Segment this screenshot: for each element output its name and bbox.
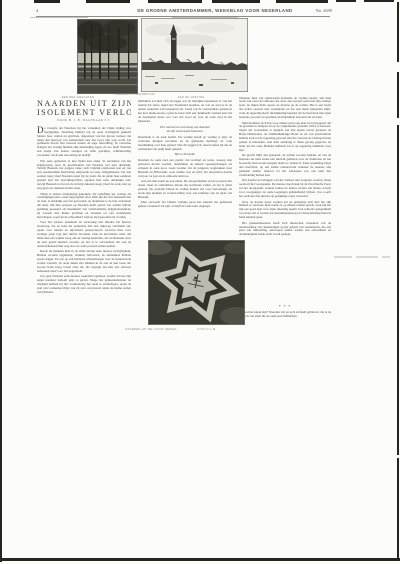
scan-edge-top-dash [364,0,394,2]
column3-closing-text: Wat zal het einde zijn? Naarden vrij en … [239,311,331,319]
column2-rest: Rondom de oude stad een gordel van weila… [138,159,232,209]
article-title-line2: ISOLEMENT VERLOST [37,108,131,117]
scan-edge-top-dash [336,0,356,2]
scan-edge-right [397,2,399,62]
header-rule-artifact [30,17,88,18]
paragraph: Wanneer men van Amsterdam komende de ves… [239,97,331,120]
canal-photo-image [77,19,138,94]
newspaper-scan-page: 4 DE GROENE AMSTERDAMMER, WEEKBLAD VOOR … [0,0,400,564]
aerial-photo-credit: FOTO K.L.M. [188,328,226,331]
winter-town-photo [141,18,248,92]
paragraph: Het gemeentebestuur heeft zich intussche… [239,222,331,238]
bleed-through-line [382,256,390,258]
paragraph: Men herinnert zich hoe voor enkele jaren… [239,122,331,153]
bleed-through-line [334,256,352,258]
scan-edge-right [397,458,399,558]
paragraph: Over de kosten dezer werken zal de gemee… [239,201,331,221]
aerial-photo-caption: NAARDEN UIT DE LUCHT GEZIEN [120,328,182,331]
canal-photo [77,19,138,94]
paragraph: Zoo gaat Naarden eene nieuwe toekomst te… [37,275,131,295]
scan-edge-top-dash [86,0,130,3]
scan-edge-right [397,72,399,118]
issue-number: No. 2699 [298,8,332,13]
paragraph: Daarmede is de zaak beslist. De vesting … [138,136,232,152]
paragraph: Aan dit alles komt nu een einde. De sloo… [138,180,232,200]
article-title-line1: NAARDEN UIT ZIJN [37,99,131,108]
paragraph: Thans is daarin verandering gekomen. De … [37,193,131,220]
aerial-fortress-photo [148,240,245,325]
scan-edge-top-dash [148,0,202,3]
masthead-title: DE GROENE AMSTERDAMMER, WEEKBLAD VOOR NE… [110,8,320,13]
scan-edge-top-dash [34,0,60,3]
winter-town-photo-image [141,18,248,92]
bleed-through-line [356,256,378,258]
article-byline: DOOR H. J. B. WAGENAAR C.I. [37,119,131,123]
paragraph: Inmiddels zal men zich afvragen wat de f… [138,100,232,123]
scan-edge-top-dash [212,0,260,3]
paragraph: Wat zal het einde zijn? Naarden vrij en … [239,311,331,319]
column3-divider: * * * [239,305,331,309]
scan-edge-top-dash [276,0,328,3]
paragraph: Men verwacht dat binnen weinige jaren he… [138,201,232,209]
paragraph: Wat eene gemeente al niet lijden kan ond… [37,160,131,191]
paragraph: De vreugde der Naarders bij het vernemen… [37,127,131,158]
paragraph: De gracht blijft dus gespaard, de wallen… [239,154,331,177]
article-column-3: Wanneer men van Amsterdam komende de ves… [239,97,331,305]
winter-photo-caption-left: NAARDEN IN WINTERTOOI [108,93,162,96]
scan-edge-bottom [0,558,400,561]
paragraph: Dat daarbij de belangen van het verkeer … [239,179,331,199]
column3-text: Wanneer men van Amsterdam komende de ves… [239,97,331,238]
scan-edge-left [0,0,2,562]
article-column-2: Inmiddels zal men zich afvragen wat de f… [138,100,232,238]
scan-edge-right [397,125,399,455]
column2-intro: Inmiddels zal men zich afvragen wat de f… [138,100,232,123]
column2-subline: Het is dit beeld: [138,153,232,157]
column2-mid: Daarmede is de zaak beslist. De vesting … [138,136,232,152]
paragraph: Rondom de oude stad een gordel van weila… [138,159,232,179]
paragraph: Reeds nu bemerkt men in de stille strate… [37,250,131,273]
column2-intermezzo-line2: uit zijn eeuwenoud isolement. [138,130,232,134]
paragraph: Voor het verkeer beteekent de verlossing… [37,221,131,248]
page-number: 4 [36,8,38,13]
column1-text: De vreugde der Naarders bij het vernemen… [37,127,131,295]
winter-photo-caption-right: AAN DE VESTING [168,96,214,99]
article-column-3-closing: Wat zal het einde zijn? Naarden vrij en … [239,311,331,335]
article-column-1: NAARDEN UIT ZIJN ISOLEMENT VERLOST DOOR … [37,99,131,336]
aerial-fortress-photo-image [148,240,245,325]
